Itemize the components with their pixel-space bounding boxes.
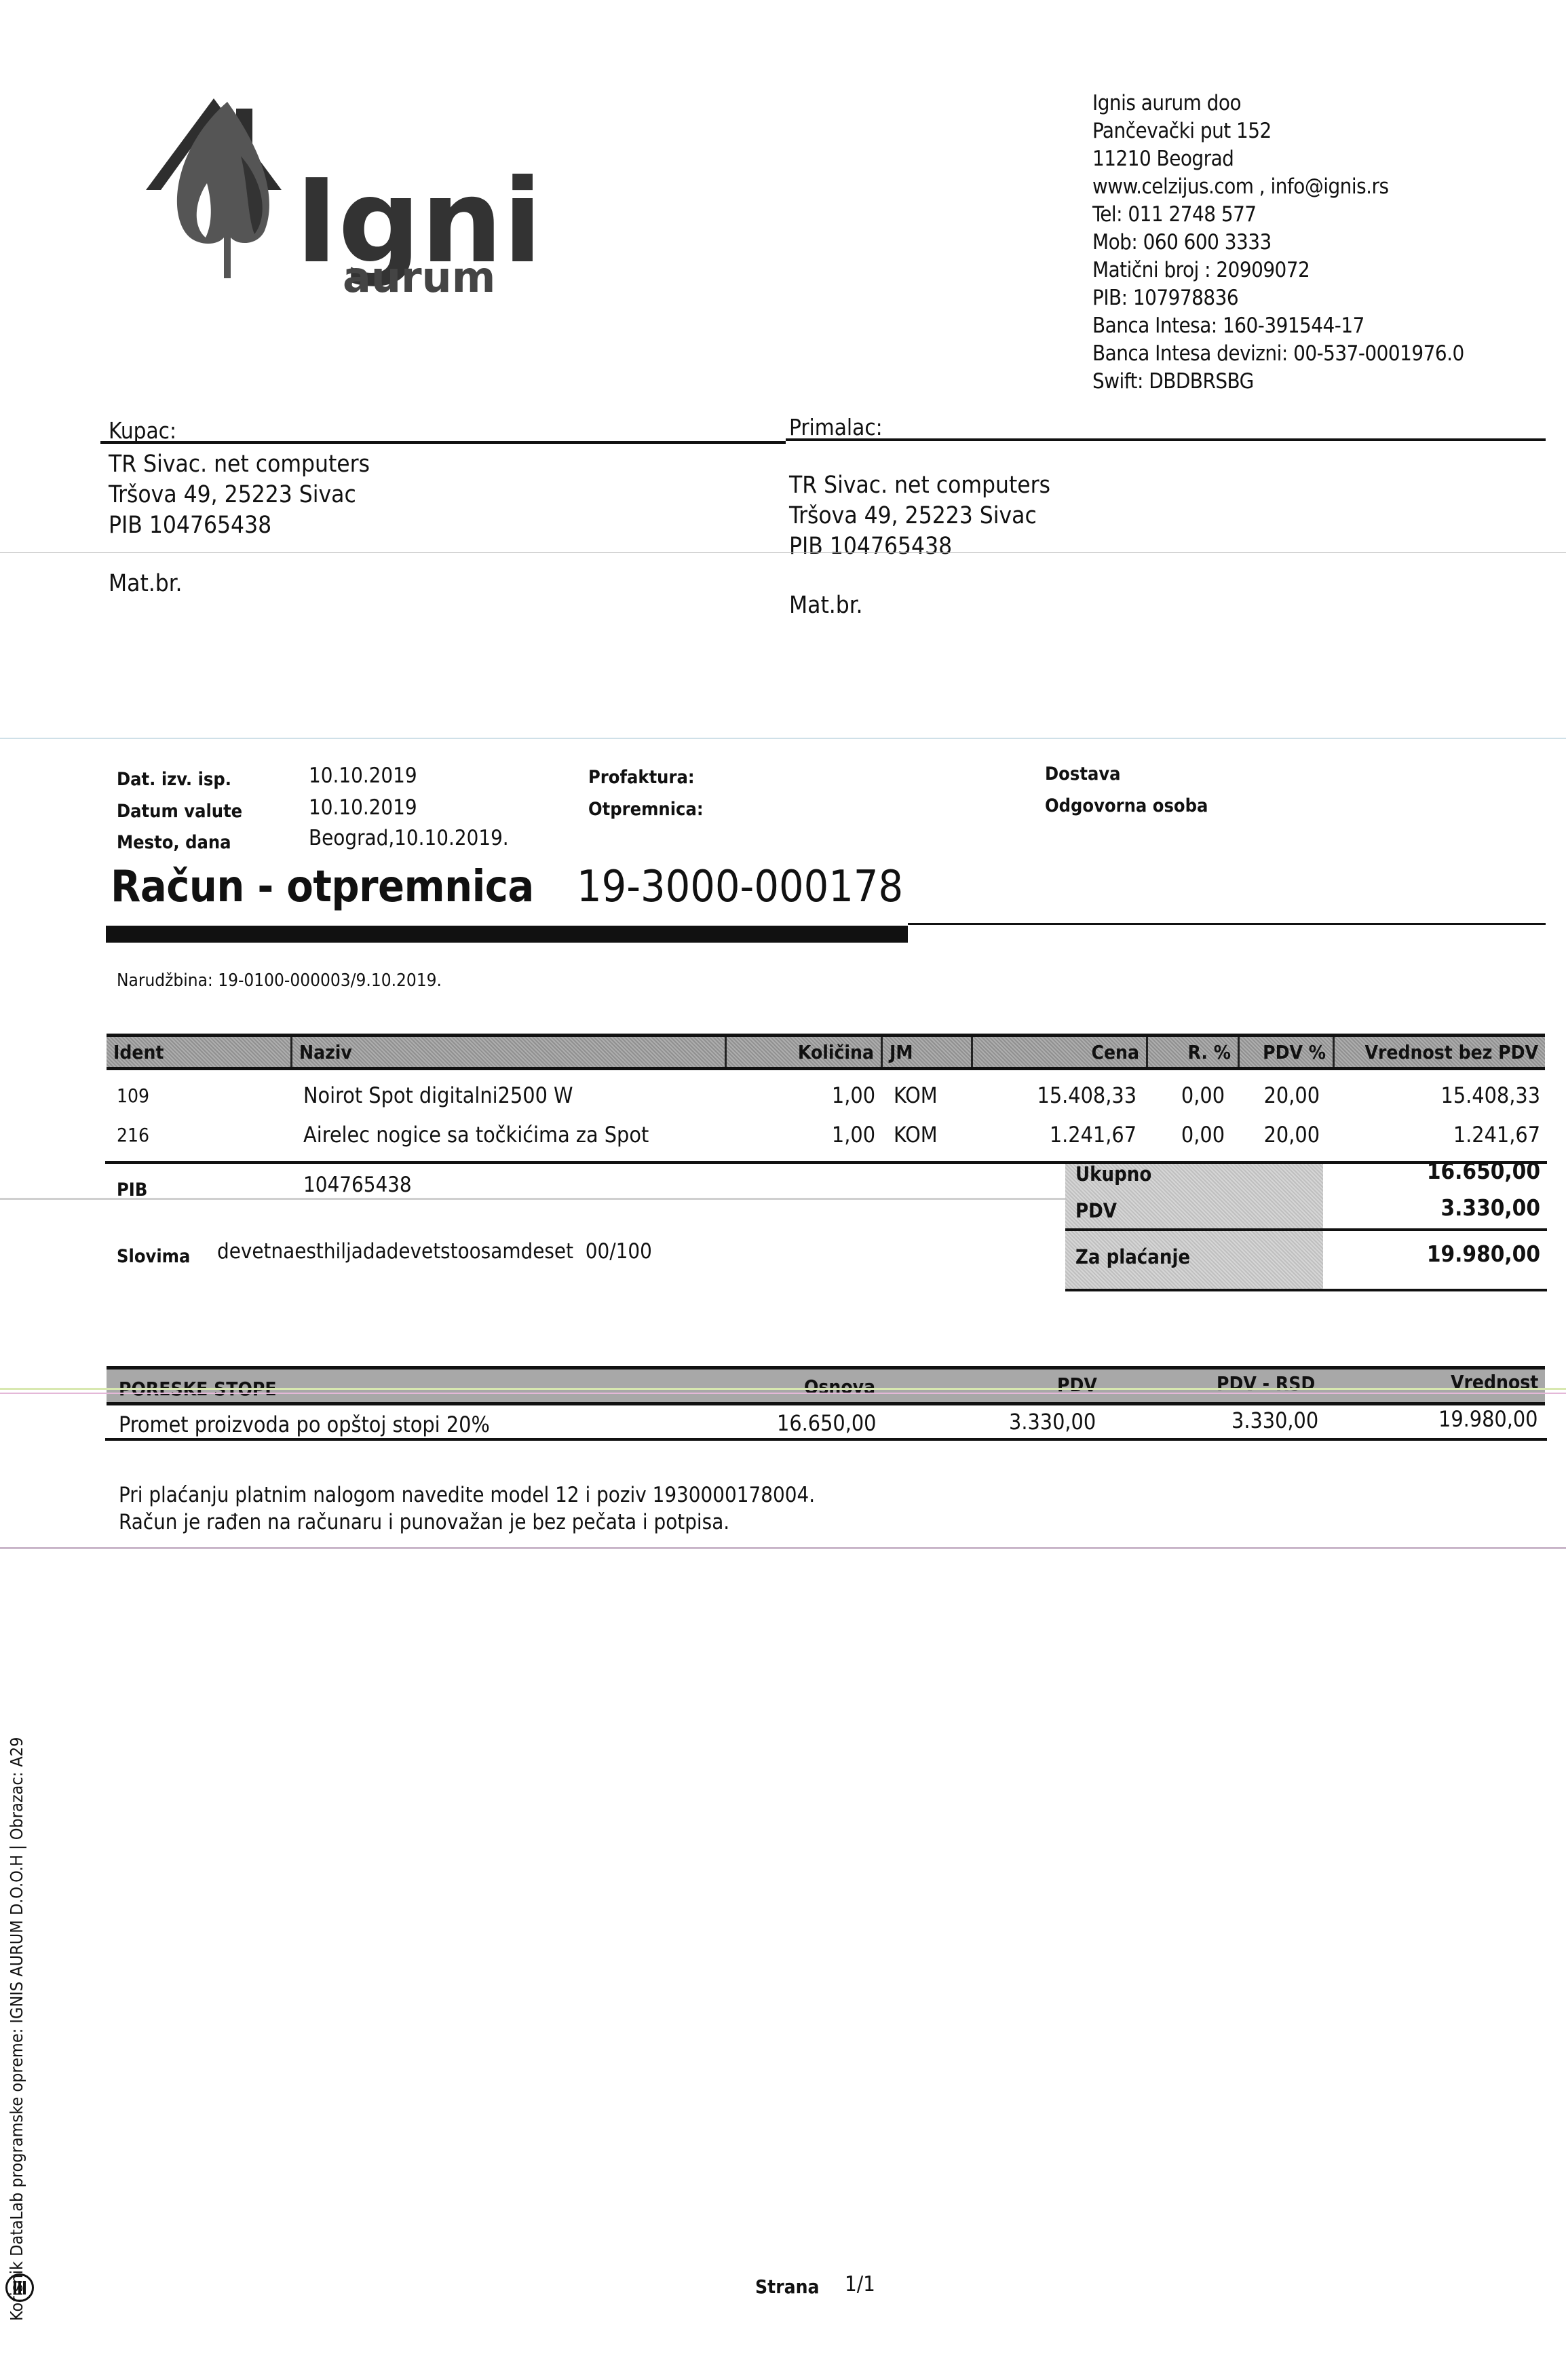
dat-izv-value: 10.10.2019 [309, 763, 417, 788]
tax-col-vrednost: Vrednost [1451, 1371, 1538, 1393]
buyer-mat-br: Mat.br. [109, 569, 183, 599]
scan-artifact [0, 1388, 1566, 1390]
profaktura-label: Profaktura: [588, 767, 695, 788]
scan-line [0, 1547, 1566, 1549]
company-city: 11210 Beograd [1092, 145, 1464, 173]
company-bank-foreign-account: Banca Intesa devizni: 00-537-0001976.0 [1092, 340, 1464, 368]
tax-row-pdv: 3.330,00 [1009, 1409, 1096, 1435]
recipient-divider [786, 438, 1546, 441]
tax-col-osnova: Osnova [804, 1376, 875, 1398]
recipient-name: TR Sivac. net computers [789, 470, 1050, 501]
buyer-block: TR Sivac. net computers Tršova 49, 25223… [109, 449, 370, 541]
page-label: Strana [755, 2275, 820, 2298]
datum-valute-value: 10.10.2019 [309, 795, 417, 820]
row-jm: KOM [894, 1082, 938, 1108]
row-ident: 216 [117, 1124, 149, 1146]
validity-note: Račun je rađen na računaru i punovažan j… [119, 1510, 729, 1534]
scan-line [0, 738, 1566, 739]
col-rabat: R. % [1148, 1037, 1240, 1067]
row-pdv: 20,00 [1242, 1082, 1320, 1108]
slovima-label: Slovima [117, 1246, 190, 1267]
company-web-email: www.celzijus.com , info@ignis.rs [1092, 173, 1464, 201]
company-tel: Tel: 011 2748 577 [1092, 201, 1464, 229]
dat-izv-label: Dat. izv. isp. [117, 769, 231, 790]
col-vrednost: Vrednost bez PDV [1335, 1037, 1545, 1067]
document-title: Račun - otpremnica [111, 862, 534, 912]
ukupno-value: 16.650,00 [1323, 1158, 1540, 1184]
row-rabat: 0,00 [1147, 1122, 1225, 1148]
dostava-label: Dostava [1045, 763, 1121, 785]
title-underline-bar [106, 926, 908, 943]
order-reference: Narudžbina: 19-0100-000003/9.10.2019. [117, 970, 442, 991]
pib-value: 104765438 [303, 1173, 412, 1197]
company-mob: Mob: 060 600 3333 [1092, 229, 1464, 257]
row-pdv: 20,00 [1242, 1122, 1320, 1148]
house-flame-icon: Ignis aurum [126, 88, 546, 319]
document-number: 19-3000-000178 [577, 862, 903, 912]
otpremnica-label: Otpremnica: [588, 799, 704, 820]
row-kolicina: 1,00 [746, 1122, 875, 1148]
totals-divider [1065, 1228, 1547, 1231]
company-maticni-broj: Matični broj : 20909072 [1092, 257, 1464, 284]
title-underline-thin [908, 923, 1546, 925]
za-placanje-label: Za plaćanje [1075, 1245, 1190, 1268]
mesto-dana-value: Beograd,10.10.2019. [309, 826, 509, 850]
tax-row-vrednost: 19.980,00 [1438, 1406, 1538, 1432]
company-bank-account: Banca Intesa: 160-391544-17 [1092, 312, 1464, 340]
row-cena: 15.408,33 [984, 1082, 1137, 1108]
za-placanje-value: 19.980,00 [1323, 1241, 1540, 1267]
company-logo: Ignis aurum [126, 88, 546, 319]
recipient-mat-br: Mat.br. [789, 590, 863, 621]
col-jm: JM [883, 1037, 973, 1067]
tax-row-pdv-rsd: 3.330,00 [1231, 1408, 1318, 1433]
scan-line [0, 552, 1566, 553]
page-number: 1/1 [845, 2272, 875, 2297]
col-pdv: PDV % [1240, 1037, 1335, 1067]
row-kolicina: 1,00 [746, 1082, 875, 1108]
company-name: Ignis aurum doo [1092, 90, 1464, 117]
pdv-total-value: 3.330,00 [1323, 1194, 1540, 1221]
items-table-header: Ident Naziv Količina JM Cena R. % PDV % … [107, 1034, 1545, 1070]
buyer-name: TR Sivac. net computers [109, 449, 370, 480]
tax-col-pdv-rsd: PDV - RSD [1217, 1372, 1315, 1395]
col-kolicina: Količina [727, 1037, 883, 1067]
totals-bottom-rule [1065, 1289, 1547, 1291]
recipient-block: TR Sivac. net computers Tršova 49, 25223… [789, 470, 1050, 562]
svg-text:aurum: aurum [343, 252, 495, 302]
col-cena: Cena [973, 1037, 1148, 1067]
paper-crease [0, 1198, 1065, 1200]
col-naziv: Naziv [292, 1037, 727, 1067]
row-rabat: 0,00 [1147, 1082, 1225, 1108]
software-vendor-text: Korisnik DataLab programske opreme: IGNI… [7, 1737, 26, 2321]
recipient-label: Primalac: [789, 414, 883, 440]
scan-artifact [0, 1393, 1566, 1394]
mesto-dana-label: Mesto, dana [117, 832, 231, 853]
pdv-total-label: PDV [1075, 1199, 1117, 1222]
row-vrednost: 15.408,33 [1357, 1082, 1540, 1108]
buyer-pib: PIB 104765438 [109, 510, 370, 541]
buyer-address: Tršova 49, 25223 Sivac [109, 480, 370, 510]
row-jm: KOM [894, 1122, 938, 1148]
company-swift: Swift: DBDBRSBG [1092, 368, 1464, 396]
row-ident: 109 [117, 1084, 149, 1107]
company-info: Ignis aurum doo Pančevački put 152 11210… [1092, 90, 1464, 396]
row-naziv: Noirot Spot digitalni2500 W [303, 1082, 573, 1108]
col-ident: Ident [107, 1037, 292, 1067]
payment-note: Pri plaćanju platnim nalogom navedite mo… [119, 1483, 815, 1507]
row-naziv: Airelec nogice sa točkićima za Spot [303, 1122, 649, 1148]
company-pib: PIB: 107978836 [1092, 284, 1464, 312]
row-cena: 1.241,67 [984, 1122, 1137, 1148]
company-street: Pančevački put 152 [1092, 117, 1464, 145]
recipient-pib: PIB 104765438 [789, 531, 1050, 562]
buyer-label: Kupac: [109, 417, 176, 444]
datum-valute-label: Datum valute [117, 801, 242, 822]
tax-table-bottom-rule [105, 1438, 1547, 1441]
recipient-address: Tršova 49, 25223 Sivac [789, 501, 1050, 531]
odgovorna-osoba-label: Odgovorna osoba [1045, 795, 1208, 816]
tax-row-osnova: 16.650,00 [777, 1410, 876, 1436]
slovima-value: devetnaesthiljadadevetstoosamdeset 00/10… [217, 1239, 652, 1264]
row-vrednost: 1.241,67 [1357, 1122, 1540, 1148]
ukupno-label: Ukupno [1075, 1163, 1151, 1186]
buyer-divider [100, 441, 786, 444]
tax-row-name: Promet proizvoda po opštoj stopi 20% [119, 1412, 490, 1437]
